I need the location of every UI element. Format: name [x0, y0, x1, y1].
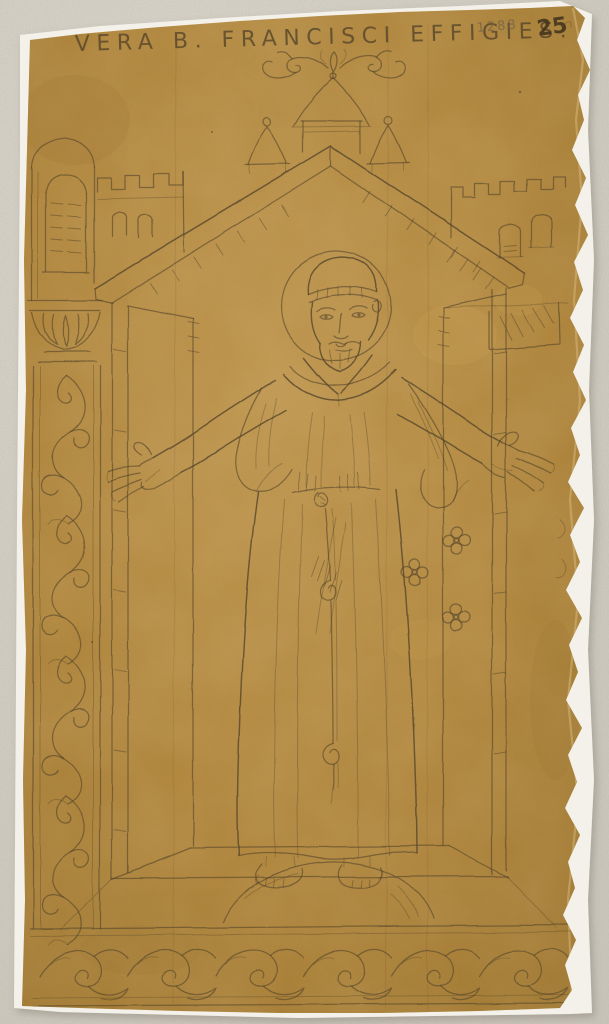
artwork-scan: VERA B. FRANCISCI EFFIGIES. 1288 25: [0, 0, 609, 1024]
paper-texture: [0, 0, 609, 1024]
scan-stage: VERA B. FRANCISCI EFFIGIES. 1288 25: [0, 0, 609, 1024]
ink-number: 25: [535, 13, 569, 42]
